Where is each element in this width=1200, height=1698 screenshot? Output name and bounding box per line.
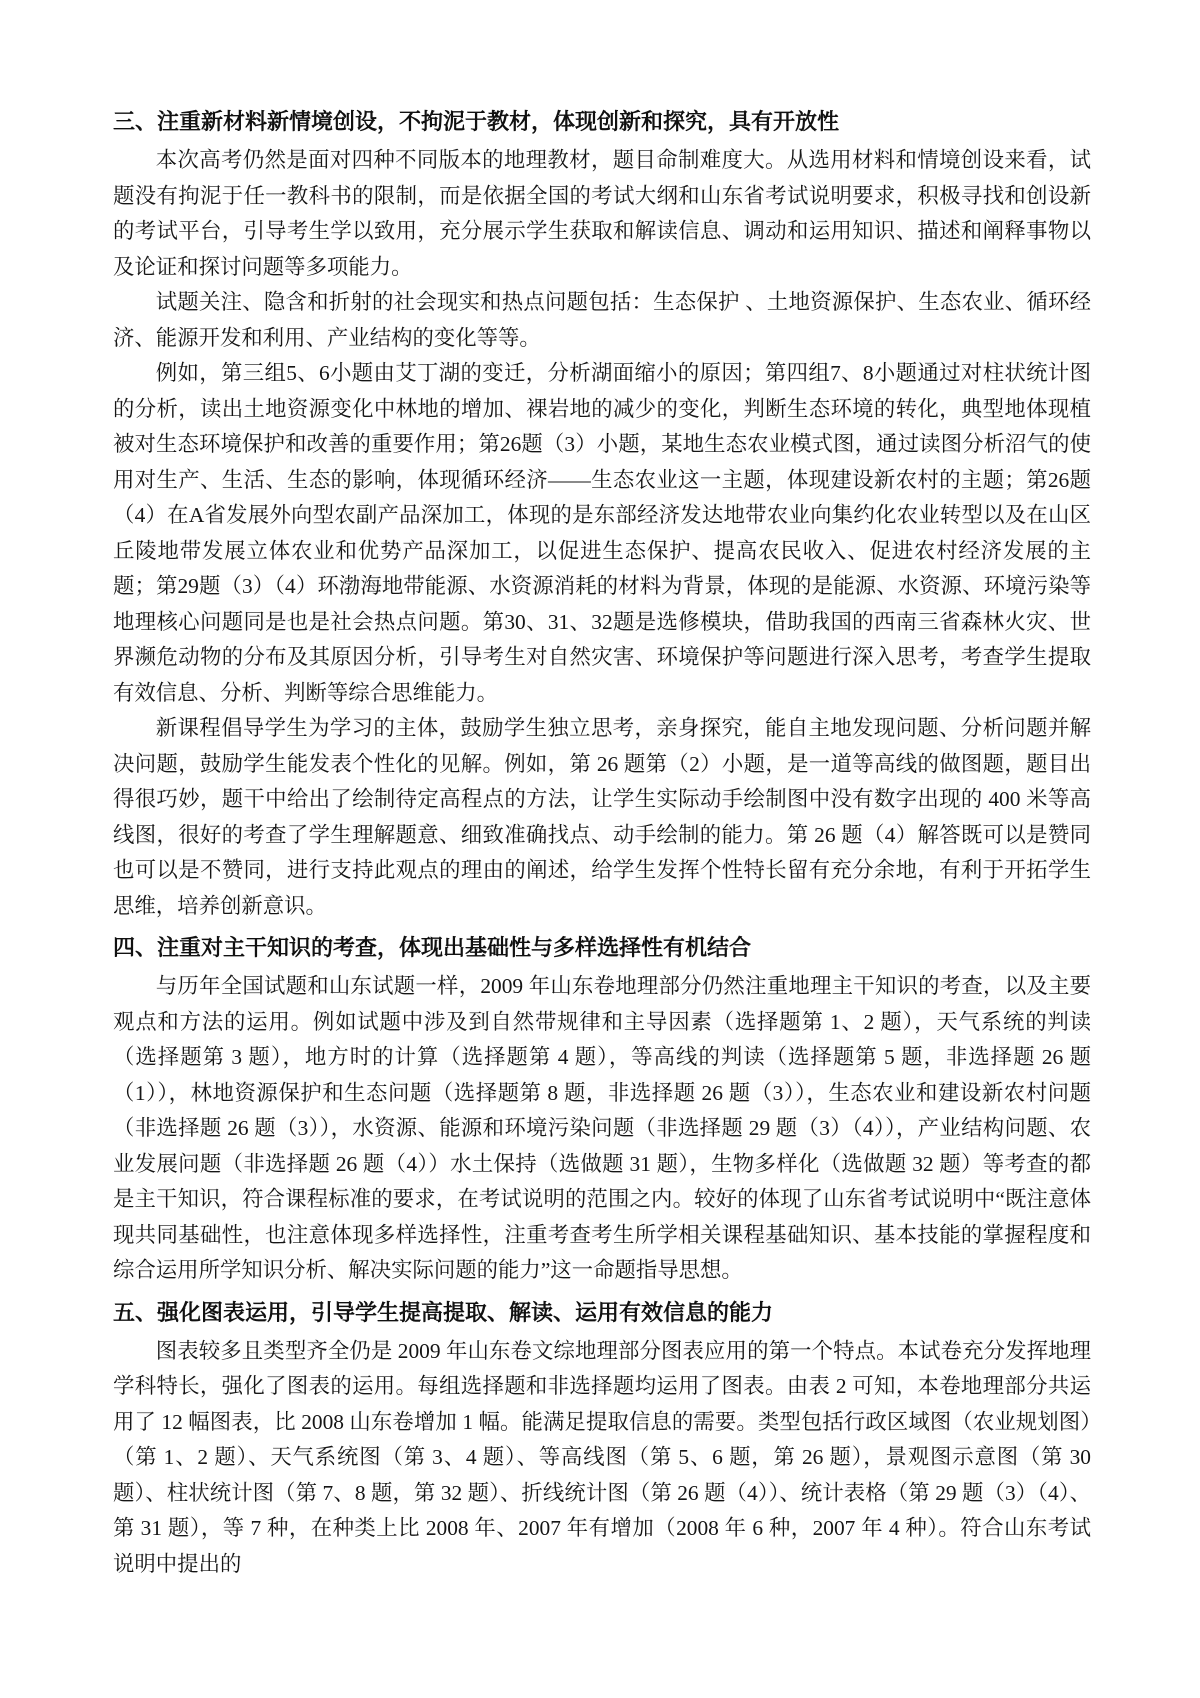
section-3-paragraph-4: 新课程倡导学生为学习的主体，鼓励学生独立思考，亲身探究，能自主地发现问题、分析问… (113, 711, 1091, 924)
section-4-paragraph-1: 与历年全国试题和山东试题一样，2009 年山东卷地理部分仍然注重地理主干知识的考… (113, 969, 1091, 1289)
section-3-paragraph-2: 试题关注、隐含和折射的社会现实和热点问题包括：生态保护 、土地资源保护、生态农业… (113, 285, 1091, 356)
section-3-paragraph-3: 例如，第三组5、6小题由艾丁湖的变迁，分析湖面缩小的原因；第四组7、8小题通过对… (113, 356, 1091, 711)
section-5-paragraph-1: 图表较多且类型齐全仍是 2009 年山东卷文综地理部分图表应用的第一个特点。本试… (113, 1334, 1091, 1583)
section-5: 五、强化图表运用，引导学生提高提取、解读、运用有效信息的能力 图表较多且类型齐全… (113, 1295, 1091, 1583)
document-content: 三、注重新材料新情境创设，不拘泥于教材，体现创新和探究，具有开放性 本次高考仍然… (113, 104, 1091, 1582)
section-5-heading: 五、强化图表运用，引导学生提高提取、解读、运用有效信息的能力 (113, 1295, 1091, 1331)
section-4: 四、注重对主干知识的考查，体现出基础性与多样选择性有机结合 与历年全国试题和山东… (113, 930, 1091, 1289)
document-page: 三、注重新材料新情境创设，不拘泥于教材，体现创新和探究，具有开放性 本次高考仍然… (0, 0, 1200, 1698)
section-3-paragraph-1: 本次高考仍然是面对四种不同版本的地理教材，题目命制难度大。从选用材料和情境创设来… (113, 143, 1091, 285)
section-4-heading: 四、注重对主干知识的考查，体现出基础性与多样选择性有机结合 (113, 930, 1091, 966)
section-3: 三、注重新材料新情境创设，不拘泥于教材，体现创新和探究，具有开放性 本次高考仍然… (113, 104, 1091, 924)
section-3-heading: 三、注重新材料新情境创设，不拘泥于教材，体现创新和探究，具有开放性 (113, 104, 1091, 140)
